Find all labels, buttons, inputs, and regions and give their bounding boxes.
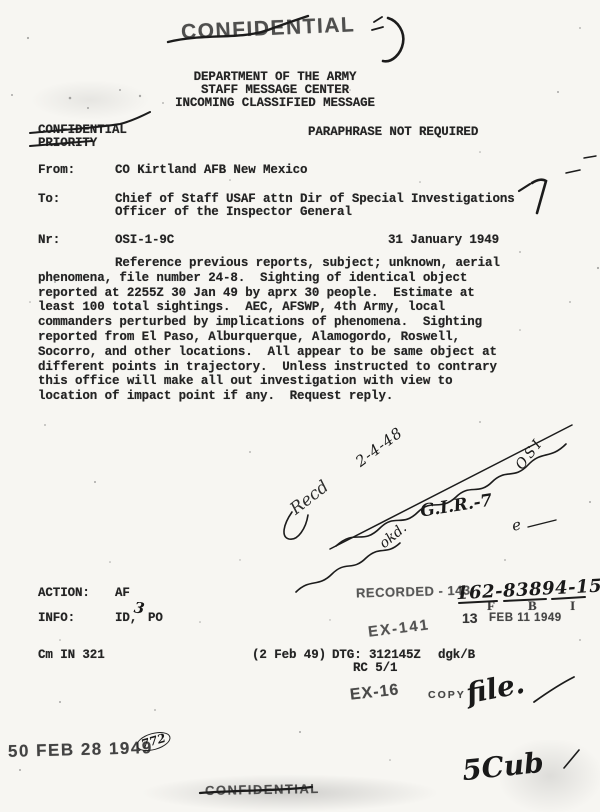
handwriting-gir-note: G.I.R.-7: [419, 490, 494, 521]
margin-dash: [566, 170, 580, 173]
precedence-label: PRIORITY: [38, 136, 97, 150]
dtg-value: DTG: 312145Z: [332, 648, 421, 662]
signature-tick: [564, 750, 579, 768]
body-line: least 100 total sightings. AEC, AFSWP, 4…: [38, 300, 518, 315]
paraphrase-note: PARAPHRASE NOT REQUIRED: [308, 125, 478, 139]
fbi-date-stamp-day: 13: [462, 610, 478, 626]
header-center-line: STAFF MESSAGE CENTER: [60, 83, 490, 97]
paren-scribble-mark: [383, 18, 403, 61]
copy-stamp: COPY: [428, 689, 466, 701]
action-label: ACTION:: [38, 586, 90, 600]
handwriting-received-scribble: Recd: [286, 477, 332, 519]
handwriting-e-mark: e: [510, 515, 522, 534]
info-value-po: PO: [148, 611, 163, 625]
margin-scribble-tick: [519, 184, 530, 191]
body-line: reported at 2255Z 30 Jan 49 by aprx 30 p…: [38, 286, 518, 301]
message-body: Reference previous reports, subject; unk…: [38, 256, 518, 404]
file-note-flourish: [534, 677, 574, 702]
body-line: reported from El Paso, Alburquerque, Ala…: [38, 330, 518, 345]
nr-label: Nr:: [38, 233, 60, 247]
handwriting-file-note: file.: [463, 667, 527, 711]
feb-28-date-stamp: 50 FEB 28 1949: [8, 738, 153, 762]
action-value: AF: [115, 586, 130, 600]
body-line: location of impact point if any. Request…: [38, 389, 518, 404]
scanned-document-page: CONFIDENTIAL DEPARTMENT OF THE ARMY STAF…: [0, 0, 600, 812]
recorded-stamp: RECORDED - 143: [356, 583, 471, 601]
right-edge-dash: [584, 156, 596, 158]
nr-value: OSI-1-9C: [115, 233, 174, 247]
cm-in-number: Cm IN 321: [38, 648, 105, 662]
paren-scribble-tick: [372, 17, 383, 30]
to-label: To:: [38, 192, 60, 206]
handwriting-info-digit: 3: [133, 598, 146, 617]
handwriting-date-note: 2-4-48: [352, 423, 406, 470]
ex-141-stamp: EX-141: [367, 616, 431, 640]
body-line: different points in trajectory. Unless i…: [38, 360, 518, 375]
body-line: Reference previous reports, subject; unk…: [38, 256, 518, 271]
handwriting-signature: 5Cub: [460, 746, 545, 787]
ex-16-stamp: EX-16: [349, 681, 400, 704]
rc-number: RC 5/1: [353, 661, 397, 675]
margin-scribble-seven: [532, 180, 546, 213]
body-line: phenomena, file number 24-8. Sighting of…: [38, 271, 518, 286]
classification-label: CONFIDENTIAL: [38, 123, 127, 137]
header-classified-line: INCOMING CLASSIFIED MESSAGE: [60, 96, 490, 110]
e-mark-dash: [528, 520, 556, 527]
handwriting-osi-note: OSI: [513, 435, 548, 473]
handwriting-okd-note: okd.: [376, 520, 410, 552]
body-line: this office will make all out investigat…: [38, 374, 518, 389]
info-label: INFO:: [38, 611, 75, 625]
top-confidential-stamp: CONFIDENTIAL: [181, 13, 356, 45]
body-line: Socorro, and other locations. All appear…: [38, 345, 518, 360]
to-value-line1: Chief of Staff USAF attn Dir of Special …: [115, 192, 515, 206]
header-department-line: DEPARTMENT OF THE ARMY: [60, 70, 490, 84]
from-value: CO Kirtland AFB New Mexico: [115, 163, 307, 177]
operator-initials: dgk/B: [438, 648, 475, 662]
fbi-date-stamp: FEB 11 1949: [489, 612, 562, 624]
body-line: commanders perturbed by implications of …: [38, 315, 518, 330]
from-label: From:: [38, 163, 75, 177]
to-value-line2: Officer of the Inspector General: [115, 205, 352, 219]
paren-date: (2 Feb 49): [252, 648, 326, 662]
bottom-confidential-stamp: CONFIDENTIAL: [205, 781, 320, 798]
message-date: 31 January 1949: [388, 233, 499, 247]
